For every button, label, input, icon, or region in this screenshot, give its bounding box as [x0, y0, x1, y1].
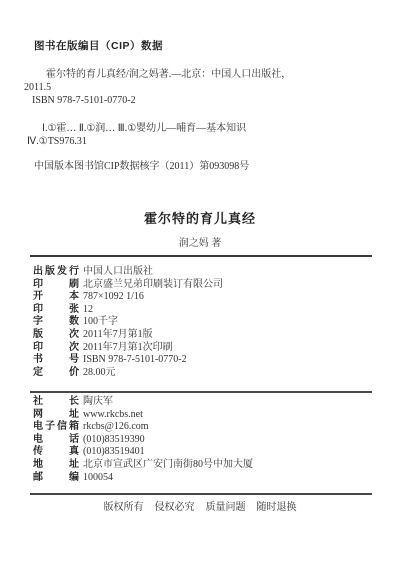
- info-label: 网址: [33, 409, 79, 422]
- contact-info-row: 社长 陶庆军: [33, 396, 386, 409]
- info-label: 版次: [33, 329, 79, 342]
- info-value: 100054: [83, 472, 113, 485]
- divider-top: [30, 255, 372, 257]
- info-label: 开本: [33, 291, 79, 304]
- contact-info-row: 传真 (010)83519401: [33, 446, 386, 459]
- publication-info-row: 印刷 北京盛兰兄弟印刷装订有限公司: [33, 279, 386, 292]
- contact-info-row: 电话 (010)83519390: [33, 434, 386, 447]
- info-value: ISBN 978-7-5101-0770-2: [83, 354, 187, 367]
- info-value: 12: [83, 304, 93, 317]
- contact-info-row: 邮编 100054: [33, 472, 386, 485]
- copyright-notice-item: 随时退换: [257, 501, 297, 514]
- cip-isbn: ISBN 978-7-5101-0770-2: [32, 94, 136, 107]
- publication-info-row: 书号 ISBN 978-7-5101-0770-2: [33, 354, 386, 367]
- publication-info-row: 印张 12: [33, 304, 386, 317]
- info-label: 传真: [33, 446, 79, 459]
- copyright-notice-item: 侵权必究: [155, 501, 195, 514]
- info-value: 中国人口出版社: [83, 266, 153, 279]
- info-label: 社长: [33, 396, 79, 409]
- info-label: 邮编: [33, 472, 79, 485]
- info-value: (010)83519401: [83, 446, 145, 459]
- publication-info-row: 定价 28.00元: [33, 367, 386, 380]
- info-label: 电话: [33, 434, 79, 447]
- info-value: 2011年7月第1次印刷: [83, 342, 173, 355]
- copyright-page: 图书在版编目（CIP）数据 霍尔特的育儿真经/润之妈著.—北京：中国人口出版社，…: [0, 0, 400, 569]
- cip-description-line1: 霍尔特的育儿真经/润之妈著.—北京：中国人口出版社，: [46, 68, 386, 81]
- info-value: 100千字: [83, 316, 118, 329]
- info-value: (010)83519390: [83, 434, 145, 447]
- cip-record-number: 中国版本图书馆CIP数据核字（2011）第093098号: [34, 160, 249, 173]
- info-value: 北京盛兰兄弟印刷装订有限公司: [83, 279, 223, 292]
- copyright-notice-item: 质量问题: [206, 501, 246, 514]
- info-value: rkcbs@126.com: [83, 421, 149, 434]
- info-label: 印刷: [33, 279, 79, 292]
- info-label: 书号: [33, 354, 79, 367]
- info-label: 地址: [33, 459, 79, 472]
- info-label: 出版发行: [33, 266, 79, 279]
- info-label: 印次: [33, 342, 79, 355]
- info-value: 北京市宣武区广安门南街80号中加大厦: [83, 459, 253, 472]
- info-value: 2011年7月第1版: [83, 329, 153, 342]
- contact-info-row: 地址 北京市宣武区广安门南街80号中加大厦: [33, 459, 386, 472]
- publication-info-list: 出版发行 中国人口出版社 印刷 北京盛兰兄弟印刷装订有限公司 开本 787×10…: [33, 266, 386, 379]
- info-label: 字数: [33, 316, 79, 329]
- book-title: 霍尔特的育儿真经: [0, 212, 400, 225]
- copyright-notice: 版权所有侵权必究质量问题随时退换: [0, 501, 400, 514]
- publication-info-row: 开本 787×1092 1/16: [33, 291, 386, 304]
- contact-info-list: 社长 陶庆军 网址 www.rkcbs.net 电子信箱 rkcbs@126.c…: [33, 396, 386, 484]
- info-label: 电子信箱: [33, 421, 79, 434]
- cip-classification-line1: Ⅰ.①霍… Ⅱ.①润… Ⅲ.①婴幼儿—哺育—基本知识: [42, 122, 246, 135]
- cip-classification-line2: Ⅳ.①TS976.31: [27, 135, 87, 148]
- publication-info-row: 版次 2011年7月第1版: [33, 329, 386, 342]
- publication-info-row: 印次 2011年7月第1次印刷: [33, 342, 386, 355]
- info-label: 定价: [33, 367, 79, 380]
- contact-info-row: 网址 www.rkcbs.net: [33, 409, 386, 422]
- copyright-notice-item: 版权所有: [104, 501, 144, 514]
- info-value: www.rkcbs.net: [83, 409, 143, 422]
- info-value: 陶庆军: [83, 396, 113, 409]
- divider-middle: [30, 391, 372, 393]
- book-author: 润之妈 著: [0, 237, 400, 250]
- divider-bottom: [30, 493, 372, 495]
- info-value: 28.00元: [83, 367, 116, 380]
- cip-header: 图书在版编目（CIP）数据: [34, 40, 163, 53]
- publication-info-row: 出版发行 中国人口出版社: [33, 266, 386, 279]
- info-label: 印张: [33, 304, 79, 317]
- contact-info-row: 电子信箱 rkcbs@126.com: [33, 421, 386, 434]
- publication-info-row: 字数 100千字: [33, 316, 386, 329]
- info-value: 787×1092 1/16: [83, 291, 144, 304]
- cip-description-line2: 2011.5: [24, 81, 51, 94]
